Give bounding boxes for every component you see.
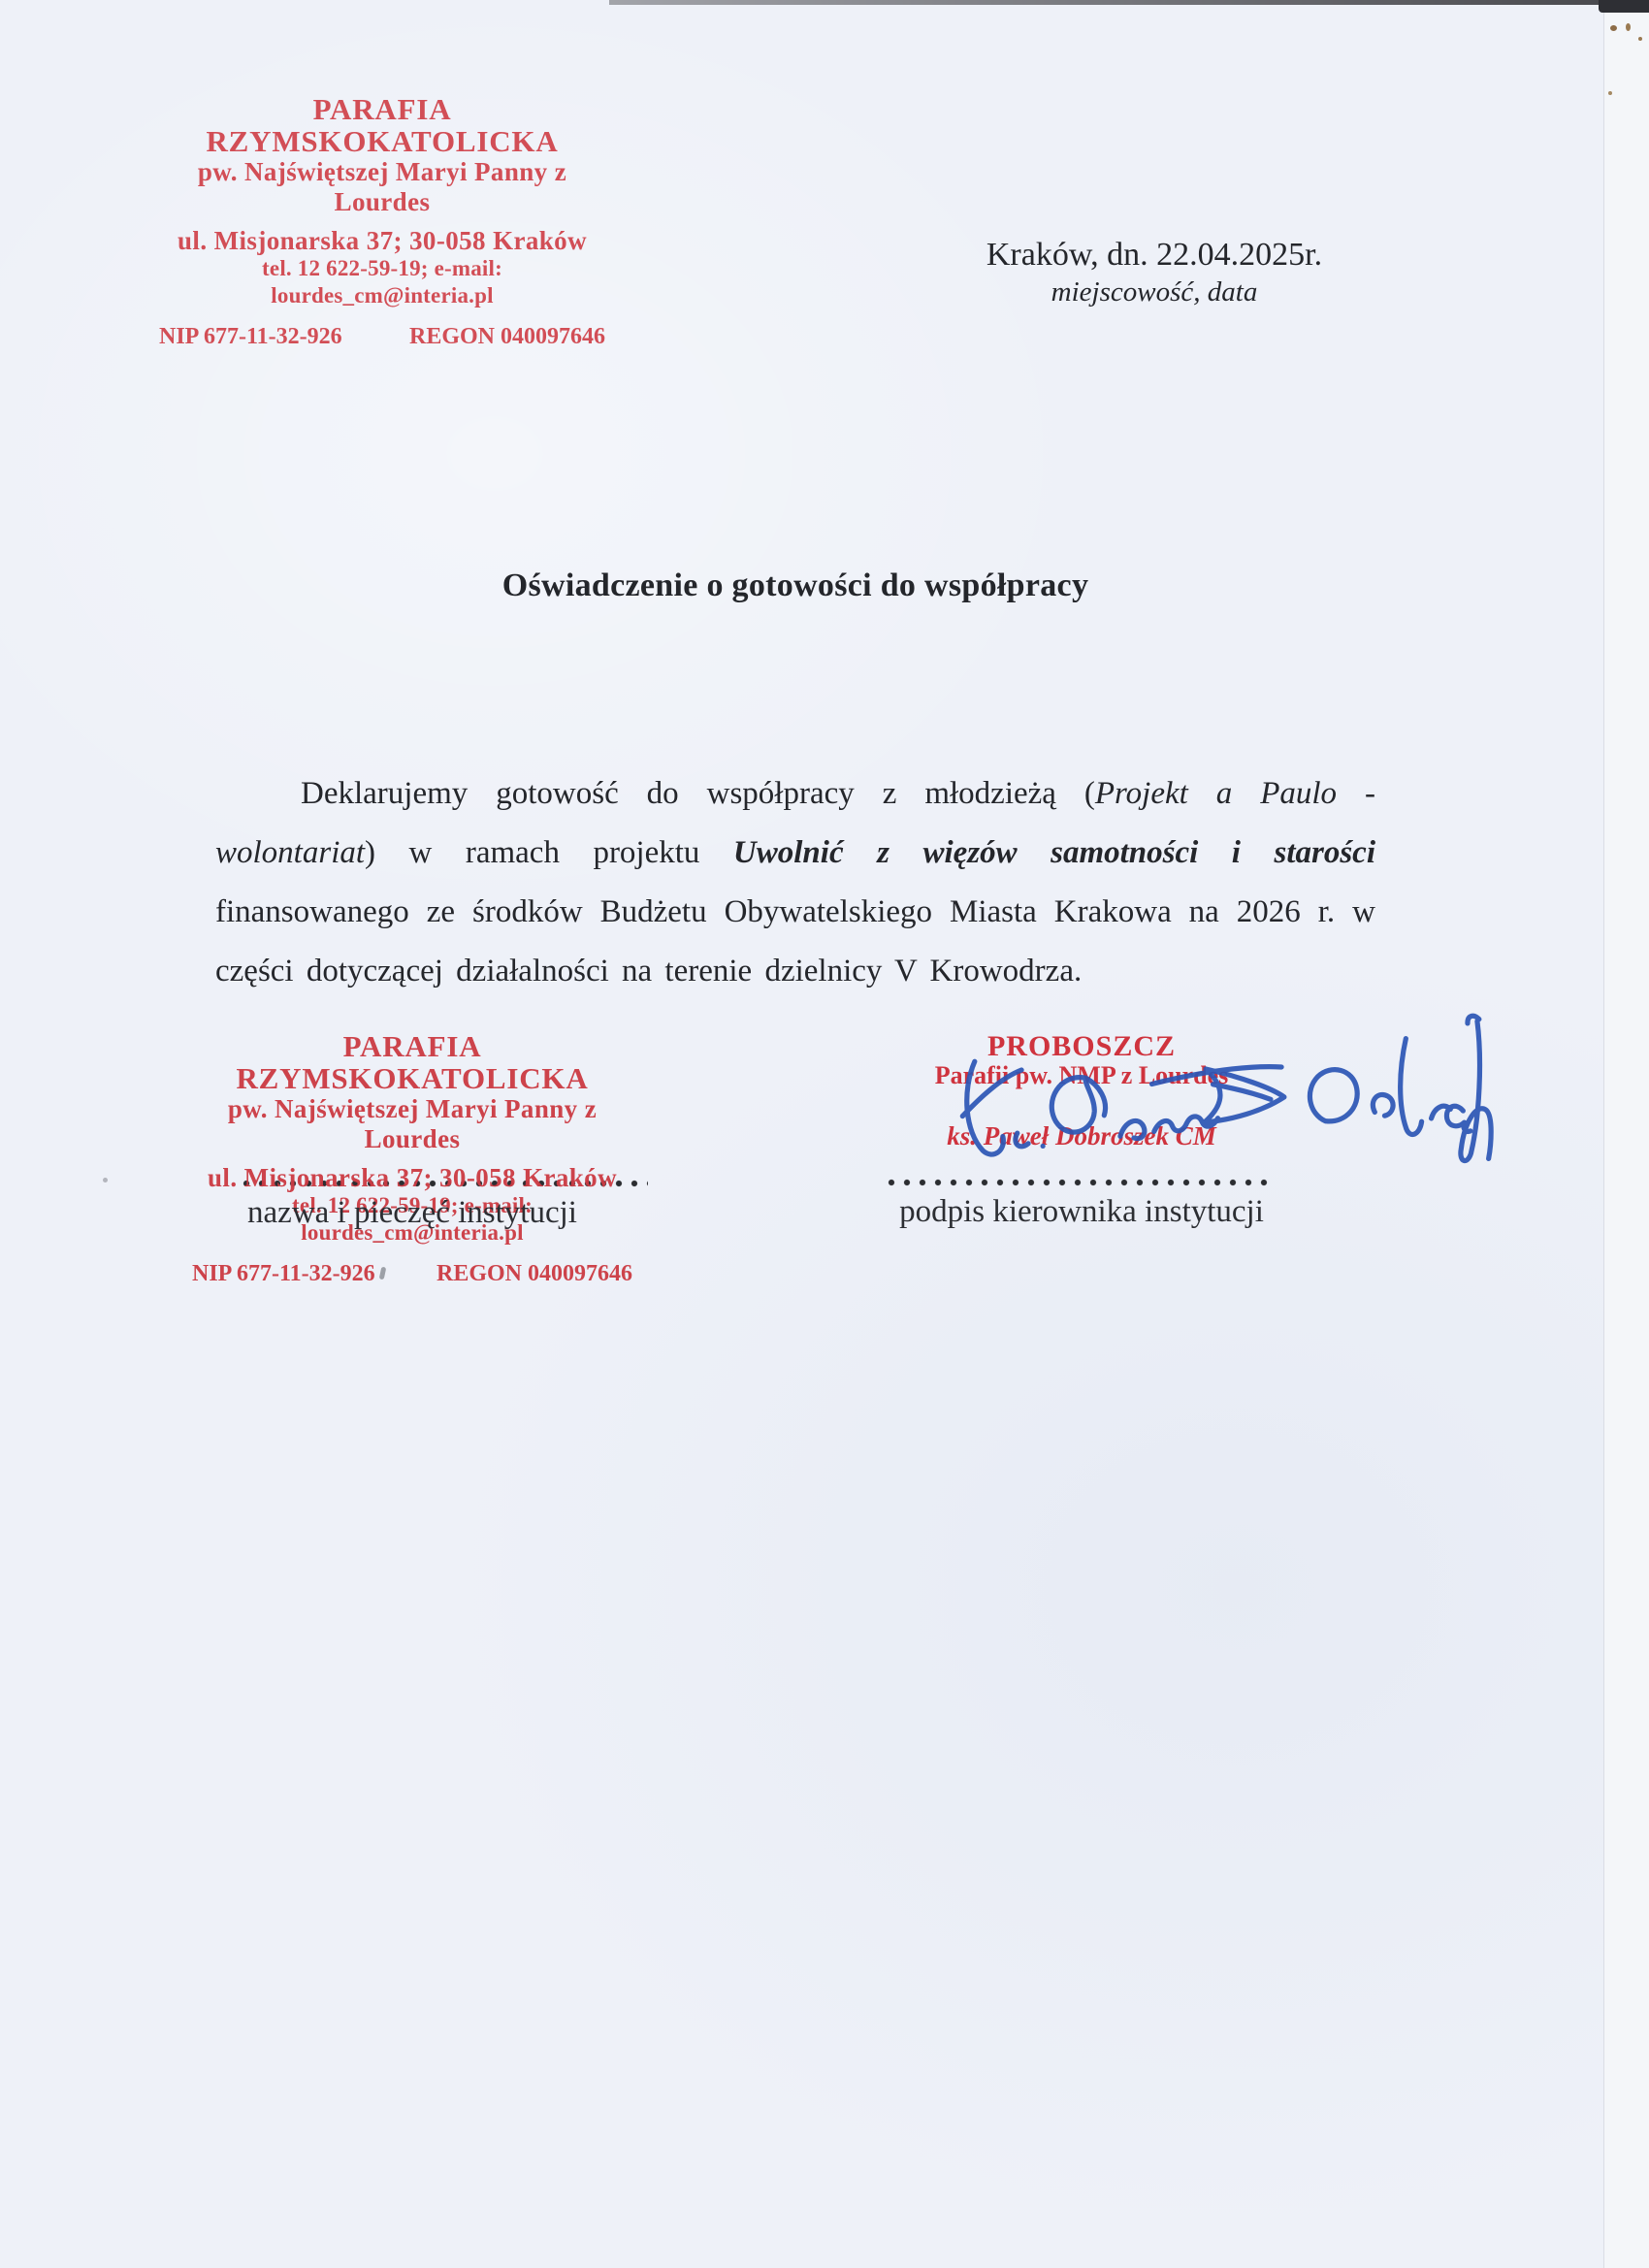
scan-speck [1610,25,1617,31]
right-signature-caption: podpis kierownika instytucji [888,1194,1276,1230]
date-block: Kraków, dn. 22.04.2025r. miejscowość, da… [970,237,1339,308]
parish-dedication: pw. Najświętszej Maryi Panny z Lourdes [153,157,611,217]
parish-address: ul. Misjonarska 37; 30-058 Kraków [186,1163,638,1192]
scan-dot [103,1178,108,1183]
scan-top-edge-blob [1599,0,1649,13]
parish-contact: tel. 12 622-59-19; e-mail: lourdes_cm@in… [153,255,611,309]
scan-speck [1608,91,1612,95]
parish-stamp-header: PARAFIA RZYMSKOKATOLICKA pw. Najświętsze… [153,93,611,350]
left-signature-caption: nazwa i pieczęć instytucji [186,1195,638,1231]
project-title: Uwolnić z więzów samotności i starości [733,835,1375,870]
scan-speck [1626,23,1631,31]
scanned-document-page: PARAFIA RZYMSKOKATOLICKA pw. Najświętsze… [0,0,1649,2268]
parish-regon: REGON 040097646 [409,324,605,350]
body-segment: Deklarujemy gotowość do współpracy z mło… [301,776,1095,811]
handwritten-signature [918,1007,1497,1196]
parish-ids: NIP 677-11-32-926 REGON 040097646 [153,324,611,350]
place-and-date: Kraków, dn. 22.04.2025r. [970,237,1339,274]
document-title: Oświadczenie o gotowości do współpracy [215,567,1375,604]
scan-top-edge-line [609,0,1649,5]
parish-address: ul. Misjonarska 37; 30-058 Kraków [153,226,611,255]
parish-regon: REGON 040097646 [436,1261,632,1287]
parish-nip: NIP 677-11-32-926 [159,324,342,350]
body-segment: finansowanego ze środków Budżetu Obywate… [215,894,1375,988]
parish-ids: NIP 677-11-32-926 REGON 040097646 [186,1261,638,1287]
parish-dedication: pw. Najświętszej Maryi Panny z Lourdes [186,1094,638,1154]
parish-nip: NIP 677-11-32-926 [192,1261,375,1287]
scan-speck [1638,37,1642,41]
body-segment: ) w ramach projektu [365,835,733,870]
parish-name: PARAFIA RZYMSKOKATOLICKA [186,1030,638,1094]
parish-stamp-footer: PARAFIA RZYMSKOKATOLICKA pw. Najświętsze… [186,1030,638,1287]
parish-name: PARAFIA RZYMSKOKATOLICKA [153,93,611,157]
date-caption: miejscowość, data [970,276,1339,308]
scan-right-edge [1603,0,1649,2268]
declaration-paragraph: Deklarujemy gotowość do współpracy z mło… [215,764,1375,1001]
